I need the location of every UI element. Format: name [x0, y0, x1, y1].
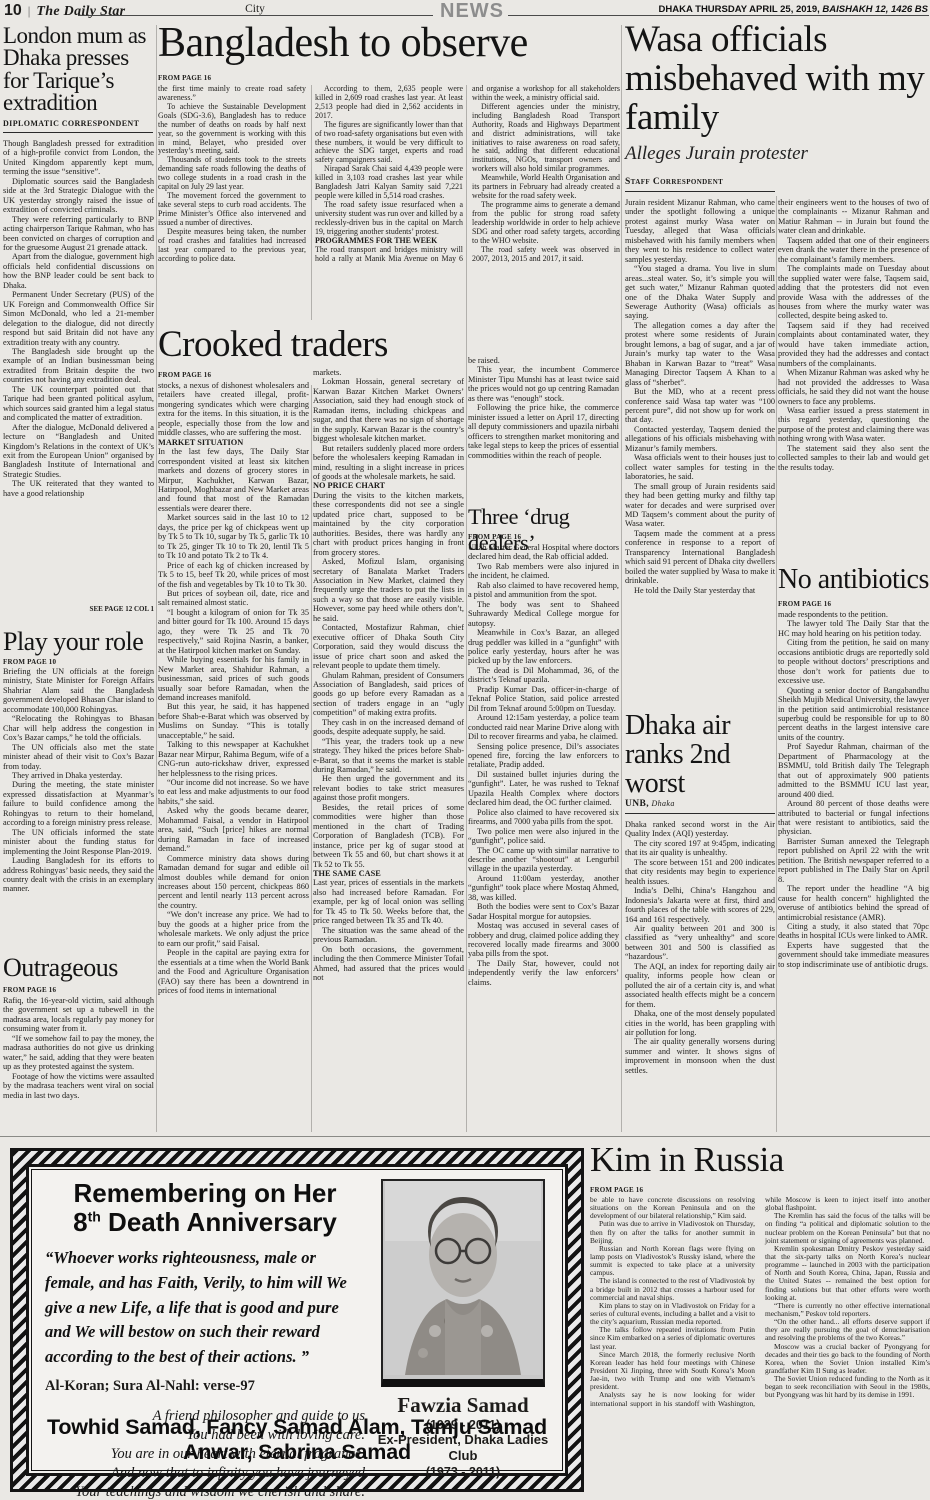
from-page-note: FROM PAGE 10 — [3, 658, 56, 666]
paragraph: Taqsem said if they had received complai… — [778, 321, 929, 368]
paragraph: Around 11:00am yesterday, another “gunfi… — [468, 874, 619, 902]
column-divider — [621, 25, 622, 1132]
byline-dhaka-air: UNB, Dhaka — [625, 799, 775, 814]
paragraph: Lauding Bangladesh for its efforts to ad… — [3, 856, 154, 894]
paragraph: The lawyer told The Daily Star that the … — [778, 619, 929, 638]
article-title-london: London mum as Dhaka presses for Tarique’… — [3, 25, 154, 114]
article-body-three-dealers: Ullah Master General Hospital where doct… — [468, 543, 619, 1132]
column-divider — [776, 196, 777, 1132]
from-page-note: FROM PAGE 16 — [158, 371, 211, 379]
paragraph: They were referring particularly to BNP … — [3, 215, 154, 253]
article-title-crooked-traders: Crooked traders — [158, 326, 463, 363]
paragraph: Prof Sayedur Rahman, chairman of the Dep… — [778, 742, 929, 799]
article-body-crooked-col3: be raised.This year, the incumbent Comme… — [468, 356, 619, 502]
paragraph: Air quality between 201 and 300 is class… — [625, 924, 775, 962]
paragraph: During the visits to the kitchen markets… — [313, 491, 464, 557]
paragraph: Asked, Mofizul Islam, organising secreta… — [313, 557, 464, 623]
paragraph: Permanent Under Secretary (PUS) of the U… — [3, 290, 154, 347]
ad-photo-column: Fawzia Samad (1929 - 2011) Ex-President,… — [377, 1179, 549, 1409]
paragraph: “I bought a kilogram of onion for Tk 35 … — [158, 608, 309, 655]
paragraph: Last year, prices of essentials in the m… — [313, 878, 464, 925]
paragraph: They cash in on the increased demand of … — [313, 718, 464, 737]
memorial-advertisement: Remembering on Her 8th Death Anniversary… — [10, 1148, 584, 1492]
article-body-bangladesh-observe: the first time mainly to create road saf… — [158, 85, 620, 323]
article-body-dhaka-air: Dhaka ranked second worst in the Air Qua… — [625, 820, 775, 1132]
paragraph: Talking to this newspaper at Kachukhet B… — [158, 740, 309, 778]
paragraph: Despite measures being taken, the number… — [158, 228, 306, 264]
paragraph: “Relocating the Rohingyas to Bhasan Char… — [3, 714, 154, 742]
paragraph: be raised. — [468, 356, 619, 365]
paragraph: In the last few days, The Daily Star cor… — [158, 447, 309, 513]
column-divider — [156, 25, 157, 1132]
from-page-note: FROM PAGE 16 — [158, 74, 211, 82]
byline-london: DIPLOMATIC CORRESPONDENT — [3, 119, 153, 133]
paragraph: their engineers went to the houses of tw… — [778, 198, 929, 236]
page-number: 10 — [4, 2, 22, 20]
paragraph: The Bangladesh side brought up the examp… — [3, 347, 154, 385]
paragraph: Your teachings and wisdom we cherish and… — [45, 1483, 365, 1500]
newspaper-page: 10 | The Daily Star City NEWS DHAKA THUR… — [0, 0, 930, 1500]
paragraph: Putin was due to arrive in Vladivostok o… — [590, 1220, 755, 1244]
header-divider: | — [28, 3, 31, 19]
paragraph: Apart from the dialogue, government high… — [3, 252, 154, 290]
paragraph: Contacted yesterday, Taqsem denied the a… — [625, 425, 775, 453]
masthead: The Daily Star — [36, 4, 125, 20]
paragraph: The city scored 197 at 9:45pm, indicatin… — [625, 839, 775, 858]
ad-signatories: Towhid Samad, Fancy Samad Alam, Tamju Sa… — [45, 1415, 549, 1465]
paragraph: Jurain resident Mizanur Rahman, who came… — [625, 198, 775, 264]
paragraph: Market sources said in the last 10 to 12… — [158, 513, 309, 560]
ad-title: Remembering on Her 8th Death Anniversary — [45, 1179, 365, 1237]
paragraph: The movement forced the government to ta… — [158, 192, 306, 228]
paragraph: He then urged the government and its rel… — [313, 774, 464, 802]
paragraph: Price of each kg of chicken increased by… — [158, 561, 309, 589]
paragraph: Asked why the goods became dearer, Moham… — [158, 806, 309, 853]
ad-title-line1: Remembering on Her — [74, 1178, 337, 1208]
subheading: MARKET SITUATION — [158, 438, 309, 447]
portrait-illustration — [385, 1181, 541, 1375]
paragraph: Both the bodies were sent to Cox’s Bazar… — [468, 902, 619, 921]
paragraph: Briefing the UN officials at the foreign… — [3, 667, 154, 714]
paragraph: The body was sent to Shaheed Suhrawardy … — [468, 600, 619, 628]
paragraph: The air quality generally worsens during… — [625, 1037, 775, 1075]
paragraph: This year, the incumbent Commerce Minist… — [468, 365, 619, 403]
paragraph: Quoting a senior doctor of Bangabandhu S… — [778, 686, 929, 743]
paragraph: Diplomatic sources said the Bangladesh s… — [3, 177, 154, 215]
paragraph: Around 80 percent of those deaths were a… — [778, 799, 929, 837]
paragraph: be able to have concrete discussions on … — [590, 1196, 755, 1220]
paragraph: Experts have suggested that the governme… — [778, 941, 929, 969]
ad-content: Remembering on Her 8th Death Anniversary… — [26, 1164, 568, 1476]
paragraph: Footage of how the victims were assaulte… — [3, 1072, 154, 1100]
paragraph: Russian and North Korean flags were flyi… — [590, 1245, 755, 1278]
portrait-photo — [381, 1179, 545, 1387]
paragraph: He told the Daily Star yesterday that — [625, 586, 775, 595]
from-page-note: FROM PAGE 16 — [468, 533, 521, 541]
paragraph: The road safety week was observed in 200… — [472, 246, 620, 264]
ad-role-years: (1973 - 2011) — [377, 1465, 549, 1479]
from-page-note: FROM PAGE 16 — [590, 1186, 643, 1194]
paragraph: Since March 2018, the formerly reclusive… — [590, 1351, 755, 1392]
paragraph: The AQI, an index for reporting daily ai… — [625, 962, 775, 1009]
subheading: THE SAME CASE — [313, 869, 464, 878]
article-title-bangladesh-observe: Bangladesh to observe — [158, 22, 620, 64]
paragraph: “You staged a drama. You live in slum ar… — [625, 264, 775, 321]
header-rule-right — [508, 15, 929, 16]
ad-text-column: Remembering on Her 8th Death Anniversary… — [45, 1179, 377, 1409]
paragraph: Commerce ministry data shows during Rama… — [158, 854, 309, 911]
article-title-dhaka-air: Dhaka air ranks 2nd worst — [625, 712, 775, 798]
paragraph: The Daily Star, however, could not indep… — [468, 959, 619, 987]
paragraph: The UK reiterated that they wanted to ha… — [3, 479, 154, 498]
paragraph: the first time mainly to create road saf… — [158, 85, 306, 103]
section-label: City — [205, 3, 305, 15]
paragraph: Police also claimed to have recovered si… — [468, 808, 619, 827]
paragraph: The situation was the same ahead of the … — [313, 926, 464, 945]
paragraph: Ullah Master General Hospital where doct… — [468, 543, 619, 562]
article-body-crooked-col1: stocks, a nexus of dishonest wholesalers… — [158, 381, 309, 1132]
paragraph: The score between 151 and 200 indicates … — [625, 858, 775, 886]
paragraph: Taqsem made the comment at a press confe… — [625, 529, 775, 586]
article-title-no-antibiotics: No antibiotics — [778, 564, 930, 596]
paragraph: Rafiq, the 16-year-old victim, said alth… — [3, 996, 154, 1034]
paragraph: People in the capital are paying extra f… — [158, 948, 309, 995]
paragraph: The UN officials also met the state mini… — [3, 743, 154, 771]
paragraph: The UK counterpart pointed out that Tari… — [3, 385, 154, 423]
ad-quote-source: Al-Koran; Sura Al-Nahl: verse-97 — [45, 1378, 365, 1395]
paragraph: Dhaka, one of the most densely populated… — [625, 1009, 775, 1037]
paragraph: Though Bangladesh pressed for extraditio… — [3, 139, 154, 177]
paragraph: Meanwhile, World Health Organisation and… — [472, 174, 620, 201]
column-divider — [311, 385, 312, 1132]
paragraph: “There is currently no other effective i… — [765, 1302, 930, 1318]
byline-wasa: Staff Correspondent — [625, 177, 775, 192]
paragraph: Taqsem added that one of their engineers… — [778, 236, 929, 264]
date-main: THURSDAY APRIL 25, 2019, — [695, 4, 822, 15]
paragraph: The programme aims to generate a demand … — [472, 201, 620, 246]
article-body-outrageous: Rafiq, the 16-year-old victim, said alth… — [3, 996, 154, 1132]
article-body-london: Though Bangladesh pressed for extraditio… — [3, 139, 154, 603]
paragraph: The UN officials informed the state mini… — [3, 828, 154, 856]
ad-title-ordinal: th — [88, 1208, 101, 1224]
paragraph: Thousands of students took to the street… — [158, 156, 306, 192]
byline-agency: UNB, — [625, 799, 649, 809]
paragraph: But prices of soybean oil, date, rice an… — [158, 589, 309, 608]
paragraph: markets. — [313, 368, 464, 377]
article-body-wasa-col2: their engineers went to the houses of tw… — [778, 198, 929, 560]
article-body-crooked-col2: markets.Lokman Hossain, general secretar… — [313, 368, 464, 1132]
paragraph: The island is connected to the rest of V… — [590, 1277, 755, 1301]
date-city: DHAKA — [659, 4, 696, 15]
article-title-kim: Kim in Russia — [590, 1140, 930, 1180]
paragraph: stocks, a nexus of dishonest wholesalers… — [158, 381, 309, 438]
paragraph: Citing from the petition, he said on man… — [778, 638, 929, 685]
paragraph: The complaints made on Tuesday about the… — [778, 264, 929, 321]
paragraph: Citing a study, it also stated that 70pc… — [778, 922, 929, 941]
paragraph: Contacted, Mostafizur Rahman, chief exec… — [313, 623, 464, 670]
date-bangla: BAISHAKH 12, 1426 BS — [822, 4, 928, 15]
paragraph: Moscow was a crucial backer of Pyongyang… — [765, 1343, 930, 1376]
paragraph: The Soviet Union reduced funding to the … — [765, 1375, 930, 1399]
paragraph: The statement said they also sent the co… — [778, 444, 929, 472]
paragraph: Wasa officials went to their houses just… — [625, 453, 775, 481]
paragraph: Mostaq was accused in several cases of r… — [468, 921, 619, 959]
paragraph: Nirapad Sarak Chai said 4,439 people wer… — [315, 165, 463, 201]
paragraph: India’s Delhi, China’s Hangzhou and Indo… — [625, 886, 775, 924]
paragraph: Around 12:15am yesterday, a police team … — [468, 713, 619, 741]
paragraph: Rab also claimed to have recovered hemp,… — [468, 581, 619, 600]
paragraph: After the dialogue, McDonald delivered a… — [3, 423, 154, 480]
paragraph: Lokman Hossain, general secretary of Kar… — [313, 377, 464, 443]
paragraph: Pradip Kumar Das, officer-in-charge of T… — [468, 685, 619, 713]
paragraph: Besides, the retail prices of some commo… — [313, 803, 464, 869]
article-body-no-antibiotics: made respondents to the petition.The law… — [778, 610, 929, 1132]
paragraph: Dil sustained bullet injuries during the… — [468, 770, 619, 808]
paragraph: And now that to infinity you have journe… — [45, 1464, 365, 1483]
paragraph: According to them, 2,635 people were kil… — [315, 85, 463, 121]
paragraph: On both occasions, the government, inclu… — [313, 945, 464, 983]
paragraph: But retailers suddenly placed more order… — [313, 444, 464, 482]
paragraph: Kremlin spokesman Dmitry Peskov yesterda… — [765, 1245, 930, 1302]
paragraph: “On the other hand... all efforts deserv… — [765, 1318, 930, 1342]
paragraph: But the MD, who at a recent press confer… — [625, 387, 775, 425]
paragraph: When Mizanur Rahman was asked why he had… — [778, 368, 929, 406]
paragraph: During the meeting, the state minister e… — [3, 780, 154, 827]
paragraph: The small group of Jurain residents said… — [625, 482, 775, 529]
paragraph: “If we somehow fail to pay the money, th… — [3, 1034, 154, 1072]
paragraph: The road safety issue resurfaced when a … — [315, 201, 463, 237]
paragraph: The dead is Dil Mohammad, 36, of the dis… — [468, 666, 619, 685]
paragraph: The talks follow repeated invitations fr… — [590, 1326, 755, 1350]
byline-city: Dhaka — [649, 799, 675, 808]
paragraph: They arrived in Dhaka yesterday. — [3, 771, 154, 780]
see-page-note: SEE PAGE 12 COL 1 — [3, 605, 154, 613]
paragraph: made respondents to the petition. — [778, 610, 929, 619]
ad-main-row: Remembering on Her 8th Death Anniversary… — [45, 1179, 549, 1409]
paragraph: The report under the headline “A big cau… — [778, 884, 929, 922]
date-line: DHAKA THURSDAY APRIL 25, 2019, BAISHAKH … — [560, 4, 928, 15]
ad-chain-border: Remembering on Her 8th Death Anniversary… — [10, 1148, 584, 1492]
paragraph: Wasa earlier issued a press statement in… — [778, 406, 929, 444]
paragraph: Kim plans to stay on in Vladivostok on F… — [590, 1302, 755, 1326]
paragraph: Two Rab members were also injured in the… — [468, 562, 619, 581]
paragraph: Meanwhile in Cox’s Bazar, an alleged dru… — [468, 628, 619, 666]
article-body-kim: be able to have concrete discussions on … — [590, 1196, 930, 1498]
paragraph: The allegation comes a day after the pro… — [625, 321, 775, 387]
paragraph: To achieve the Sustainable Development G… — [158, 103, 306, 157]
article-title-play-role: Play your role — [3, 627, 154, 657]
paragraph: “We don’t increase any price. We had to … — [158, 910, 309, 948]
paragraph: Following the price hike, the commerce m… — [468, 403, 619, 460]
header-rule-left — [78, 15, 433, 16]
paragraph: Different agencies under the ministry, i… — [472, 103, 620, 174]
article-body-play-role: Briefing the UN officials at the foreign… — [3, 667, 154, 917]
from-page-note: FROM PAGE 16 — [778, 600, 831, 608]
paragraph: Sensing police presence, Dil’s associate… — [468, 742, 619, 770]
section-divider — [0, 1136, 930, 1137]
article-body-wasa-col1: Jurain resident Mizanur Rahman, who came… — [625, 198, 775, 698]
paragraph: The Kremlin has said the focus of the ta… — [765, 1212, 930, 1245]
paragraph: But this year, he said, it has happened … — [158, 702, 309, 740]
paragraph: The OC came up with similar narrative to… — [468, 846, 619, 874]
paragraph: Barrister Suman annexed the Telegraph re… — [778, 837, 929, 884]
ad-title-line2: Death Anniversary — [101, 1207, 337, 1237]
article-title-wasa: Wasa officials misbehaved with my family — [625, 20, 928, 138]
paragraph: Dhaka ranked second worst in the Air Qua… — [625, 820, 775, 839]
paragraph: While buying essentials for his family i… — [158, 655, 309, 702]
paragraph: The figures are significantly lower than… — [315, 121, 463, 166]
article-kicker-wasa: Alleges Jurain protester — [625, 143, 928, 165]
article-title-outrageous: Outrageous — [3, 953, 154, 983]
header-left: 10 | The Daily Star — [4, 2, 125, 20]
ad-quran-quote: “Whoever works righteousness, male or fe… — [45, 1246, 365, 1370]
subheading: NO PRICE CHART — [313, 481, 464, 490]
ad-title-number: 8 — [73, 1207, 87, 1237]
paragraph: “This year, the traders took up a new st… — [313, 737, 464, 775]
paragraph: Two police men were also injured in the … — [468, 827, 619, 846]
paragraph: “Our income did not increase. So we have… — [158, 778, 309, 806]
paragraph: Ghulam Rahman, president of Consumers As… — [313, 671, 464, 718]
from-page-note: FROM PAGE 16 — [3, 986, 56, 994]
